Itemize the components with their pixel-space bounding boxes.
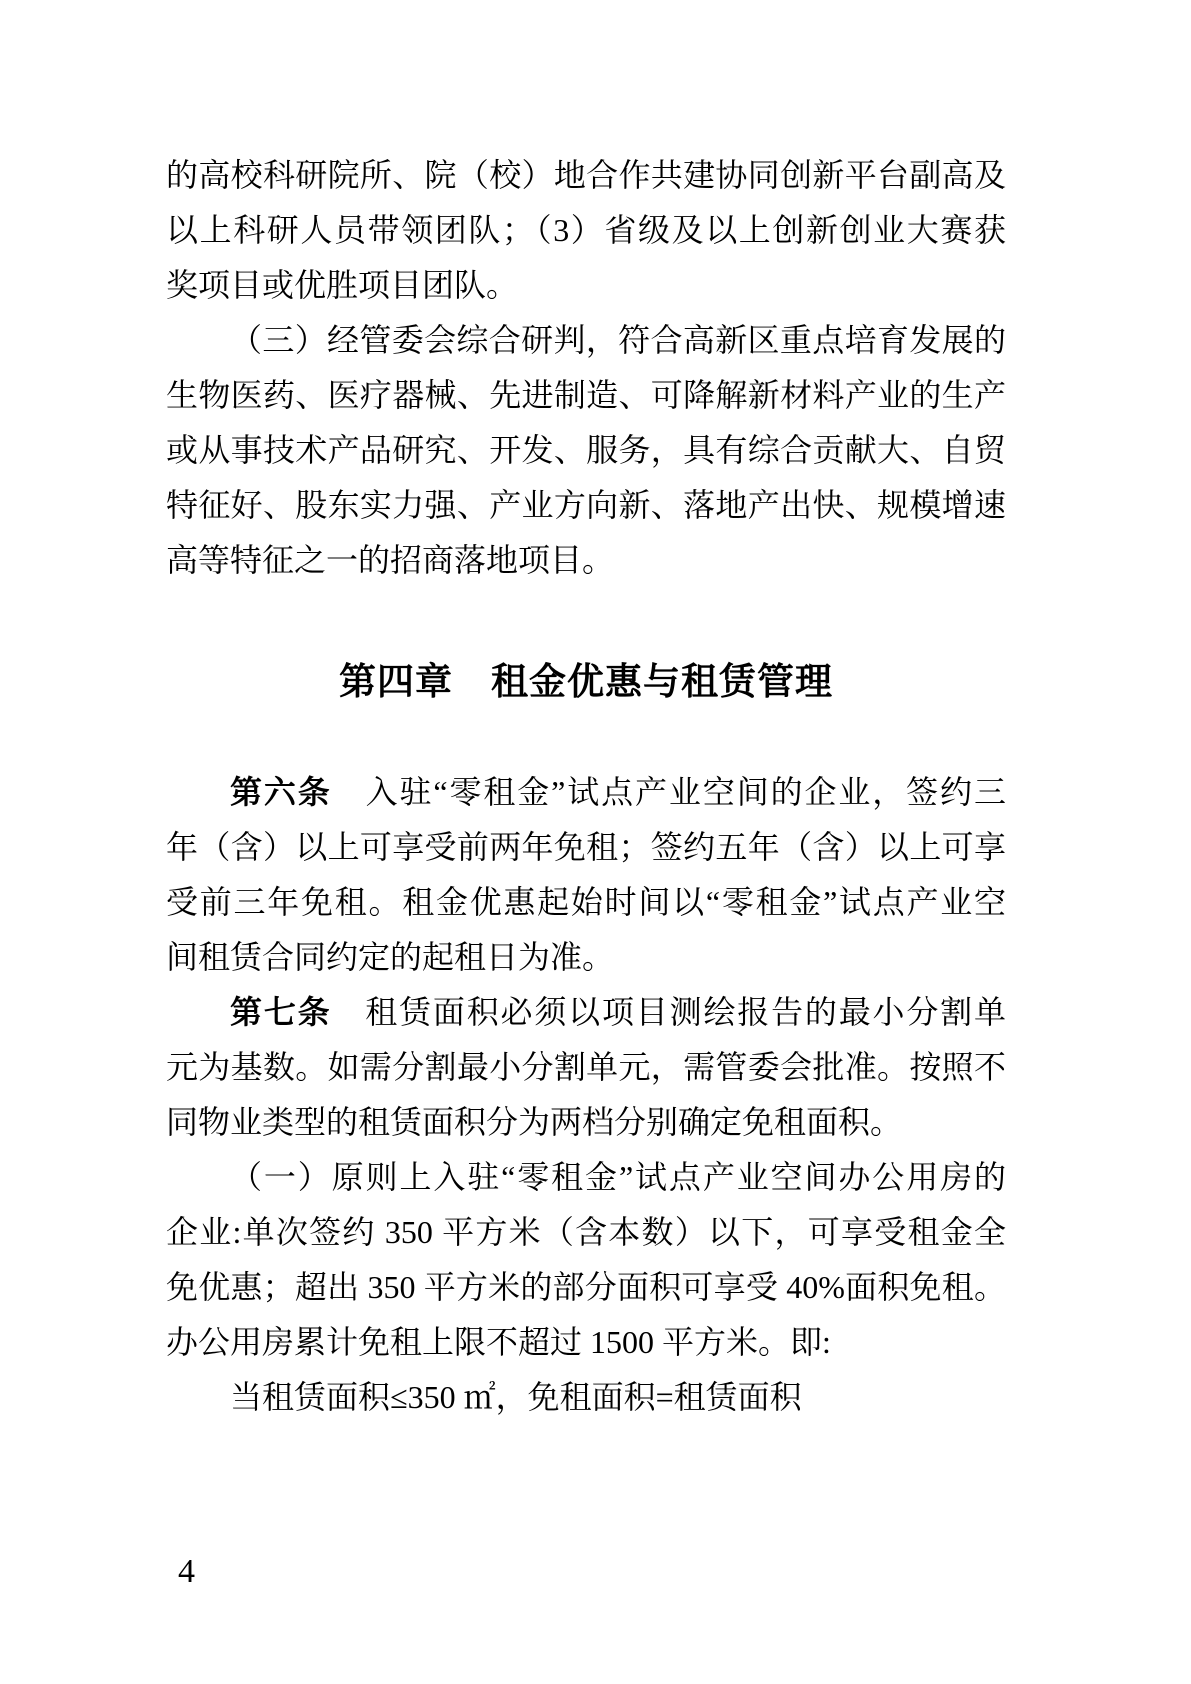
text-segment: 年（含）以上可享受前两年免租；签约五年（含）以上可享 [166, 829, 1006, 865]
document-page: 的高校科研院所、院（校）地合作共建协同创新平台副高及以上科研人员带领团队；（3）… [0, 0, 1191, 1684]
text-line: 当租赁面积≤350 ㎡，免租面积=租赁面积 [166, 1370, 1006, 1425]
text-segment: 办公用房累计免租上限不超过 1500 平方米。即: [166, 1324, 831, 1360]
text-segment: 的高校科研院所、院（校）地合作共建协同创新平台副高及 [166, 157, 1006, 193]
text-line: 第六条 入驻“零租金”试点产业空间的企业，签约三 [166, 765, 1006, 820]
text-line: 生物医药、医疗器械、先进制造、可降解新材料产业的生产 [166, 368, 1006, 423]
text-segment: 企业:单次签约 350 平方米（含本数）以下，可享受租金全 [166, 1214, 1006, 1250]
text-segment: 或从事技术产品研究、开发、服务，具有综合贡献大、自贸 [166, 432, 1006, 468]
article-number-label: 第六条 [230, 774, 332, 810]
text-segment: 以上科研人员带领团队；（3）省级及以上创新创业大赛获 [166, 212, 1006, 248]
text-line: 年（含）以上可享受前两年免租；签约五年（含）以上可享 [166, 820, 1006, 875]
text-segment: （一）原则上入驻“零租金”试点产业空间办公用房的 [230, 1159, 1006, 1195]
text-segment: 入驻“零租金”试点产业空间的企业，签约三 [332, 774, 1006, 810]
document-body: 的高校科研院所、院（校）地合作共建协同创新平台副高及以上科研人员带领团队；（3）… [166, 148, 1006, 1425]
text-segment: 元为基数。如需分割最小分割单元，需管委会批准。按照不 [166, 1049, 1006, 1085]
text-line: 的高校科研院所、院（校）地合作共建协同创新平台副高及 [166, 148, 1006, 203]
text-segment: 当租赁面积≤350 ㎡，免租面积=租赁面积 [230, 1379, 802, 1415]
text-segment: （三）经管委会综合研判，符合高新区重点培育发展的 [230, 322, 1006, 358]
text-segment: 免优惠；超出 350 平方米的部分面积可享受 40%面积免租。 [166, 1269, 1006, 1305]
text-line: 同物业类型的租赁面积分为两档分别确定免租面积。 [166, 1095, 1006, 1150]
text-segment: 特征好、股东实力强、产业方向新、落地产出快、规模增速 [166, 487, 1006, 523]
text-segment: 受前三年免租。租金优惠起始时间以“零租金”试点产业空 [166, 884, 1006, 920]
text-line: （一）原则上入驻“零租金”试点产业空间办公用房的 [166, 1150, 1006, 1205]
text-segment: 生物医药、医疗器械、先进制造、可降解新材料产业的生产 [166, 377, 1006, 413]
text-line: 办公用房累计免租上限不超过 1500 平方米。即: [166, 1315, 1006, 1370]
text-segment: 同物业类型的租赁面积分为两档分别确定免租面积。 [166, 1104, 902, 1140]
body-section-bottom: 第六条 入驻“零租金”试点产业空间的企业，签约三年（含）以上可享受前两年免租；签… [166, 765, 1006, 1425]
text-line: 免优惠；超出 350 平方米的部分面积可享受 40%面积免租。 [166, 1260, 1006, 1315]
page-number: 4 [178, 1552, 195, 1592]
article-number-label: 第七条 [230, 994, 331, 1030]
text-line: 或从事技术产品研究、开发、服务，具有综合贡献大、自贸 [166, 423, 1006, 478]
text-line: 第七条 租赁面积必须以项目测绘报告的最小分割单 [166, 985, 1006, 1040]
text-segment: 间租赁合同约定的起租日为准。 [166, 939, 614, 975]
text-line: 企业:单次签约 350 平方米（含本数）以下，可享受租金全 [166, 1205, 1006, 1260]
text-segment: 奖项目或优胜项目团队。 [166, 267, 518, 303]
text-line: 特征好、股东实力强、产业方向新、落地产出快、规模增速 [166, 478, 1006, 533]
text-line: 间租赁合同约定的起租日为准。 [166, 930, 1006, 985]
text-line: 受前三年免租。租金优惠起始时间以“零租金”试点产业空 [166, 875, 1006, 930]
text-segment: 高等特征之一的招商落地项目。 [166, 542, 614, 578]
text-line: 奖项目或优胜项目团队。 [166, 258, 1006, 313]
text-line: 元为基数。如需分割最小分割单元，需管委会批准。按照不 [166, 1040, 1006, 1095]
text-line: 以上科研人员带领团队；（3）省级及以上创新创业大赛获 [166, 203, 1006, 258]
chapter-heading: 第四章 租金优惠与租赁管理 [166, 654, 1006, 709]
text-line: （三）经管委会综合研判，符合高新区重点培育发展的 [166, 313, 1006, 368]
text-line: 高等特征之一的招商落地项目。 [166, 533, 1006, 588]
body-section-top: 的高校科研院所、院（校）地合作共建协同创新平台副高及以上科研人员带领团队；（3）… [166, 148, 1006, 588]
text-segment: 租赁面积必须以项目测绘报告的最小分割单 [331, 994, 1006, 1030]
